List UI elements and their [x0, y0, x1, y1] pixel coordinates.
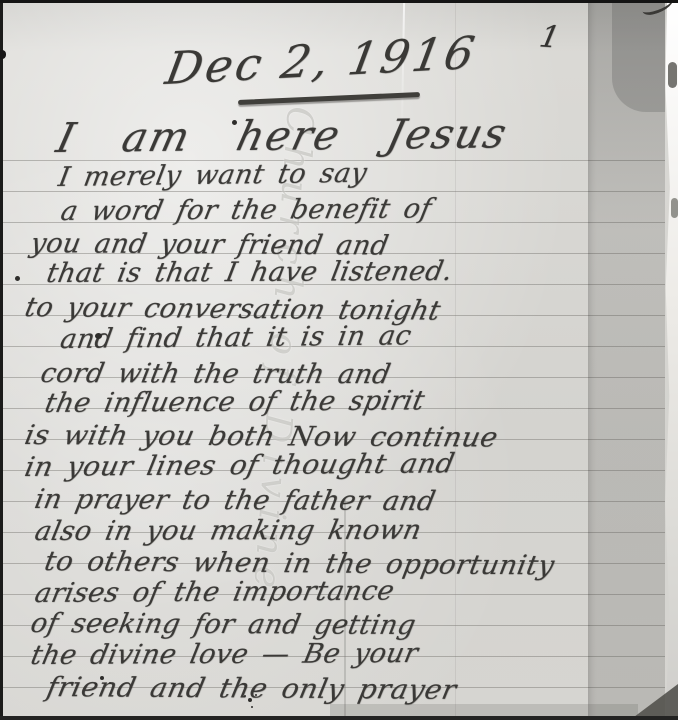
ink-speck	[100, 676, 104, 680]
manuscript-line: arises of the importance	[32, 575, 397, 609]
manuscript-line: and find that it is in ac	[58, 320, 414, 355]
ink-speck	[15, 276, 20, 281]
manuscript-line: also in you making known	[32, 515, 424, 547]
ink-speck	[248, 698, 252, 702]
scan-edge-left	[0, 0, 3, 720]
manuscript-line: the divine love — Be your	[28, 638, 421, 671]
ink-speck	[232, 120, 237, 125]
manuscript-line: the influence of the spirit	[42, 385, 427, 419]
scanned-manuscript-page: Church of Divine 1 Dec 2, 1916 I am here…	[0, 0, 678, 720]
scan-edge-top	[0, 0, 678, 3]
scan-edge-bottom	[0, 716, 678, 720]
manuscript-line: in your lines of thought and	[22, 448, 457, 483]
manuscript-line: of seeking for and getting	[28, 608, 418, 641]
manuscript-line: I merely want to say	[56, 158, 370, 193]
manuscript-line: I am here Jesus	[52, 109, 513, 162]
manuscript-line: a word for the benefit of	[58, 193, 434, 227]
handwritten-body: I am here Jesus I merely want to say a w…	[0, 0, 678, 720]
manuscript-line: in prayer to the father and	[32, 484, 438, 517]
ink-speck	[95, 333, 102, 339]
manuscript-line: that is that I have listened.	[44, 256, 455, 289]
